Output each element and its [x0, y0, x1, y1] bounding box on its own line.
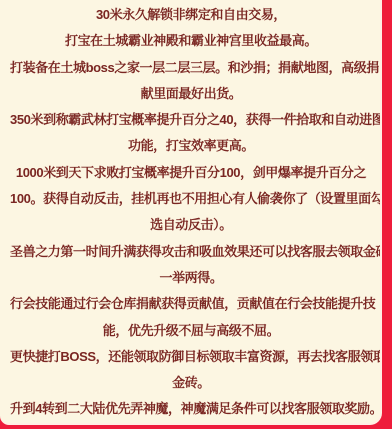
text-line: 圣兽之力第一时间升满获得攻击和吸血效果还可以找客服去领取金砖: [10, 239, 372, 265]
text-line: 更快捷打BOSS，还能领取防御目标领取丰富资源，再去找客服领取: [10, 344, 372, 370]
text-line: 升到4转到二大陆优先弄神魔，神魔满足条件可以找客服领取奖励。: [10, 396, 372, 422]
text-line: 打宝在土城霸业神殿和霸业神宫里收益最高。: [10, 28, 372, 54]
text-line: 献里面最好出货。: [10, 81, 372, 107]
text-line: 行会技能通过行会仓库捐献获得贡献值，贡献值在行会技能提升技: [10, 291, 372, 317]
text-line: 金砖。: [10, 370, 372, 396]
text-line: 功能，打宝效率更高。: [10, 133, 372, 159]
text-line: 一举两得。: [10, 265, 372, 291]
text-line: 350米到称霸武林打宝概率提升百分之40，获得一件拾取和自动进图: [10, 107, 372, 133]
text-line: 100。获得自动反击，挂机再也不用担心有人偷袭你了（设置里面勾: [10, 186, 372, 212]
text-line: 30米永久解锁非绑定和自由交易，: [10, 2, 372, 28]
text-line: 选自动反击）。: [10, 212, 372, 238]
text-line: 1000米到天下求败打宝概率提升百分100，剑甲爆率提升百分之: [10, 160, 372, 186]
notice-text: 30米永久解锁非绑定和自由交易，打宝在土城霸业神殿和霸业神宫里收益最高。打装备在…: [0, 0, 380, 423]
text-line: 打装备在土城boss之家一层二层三层。和沙捐；捐献地图，高级捐: [10, 55, 372, 81]
content-panel: 30米永久解锁非绑定和自由交易，打宝在土城霸业神殿和霸业神宫里收益最高。打装备在…: [0, 0, 382, 425]
text-line: 能，优先升级不屈与高级不屈。: [10, 318, 372, 344]
page: { "colors": { "background_red": "#EE1C3B…: [0, 0, 392, 429]
